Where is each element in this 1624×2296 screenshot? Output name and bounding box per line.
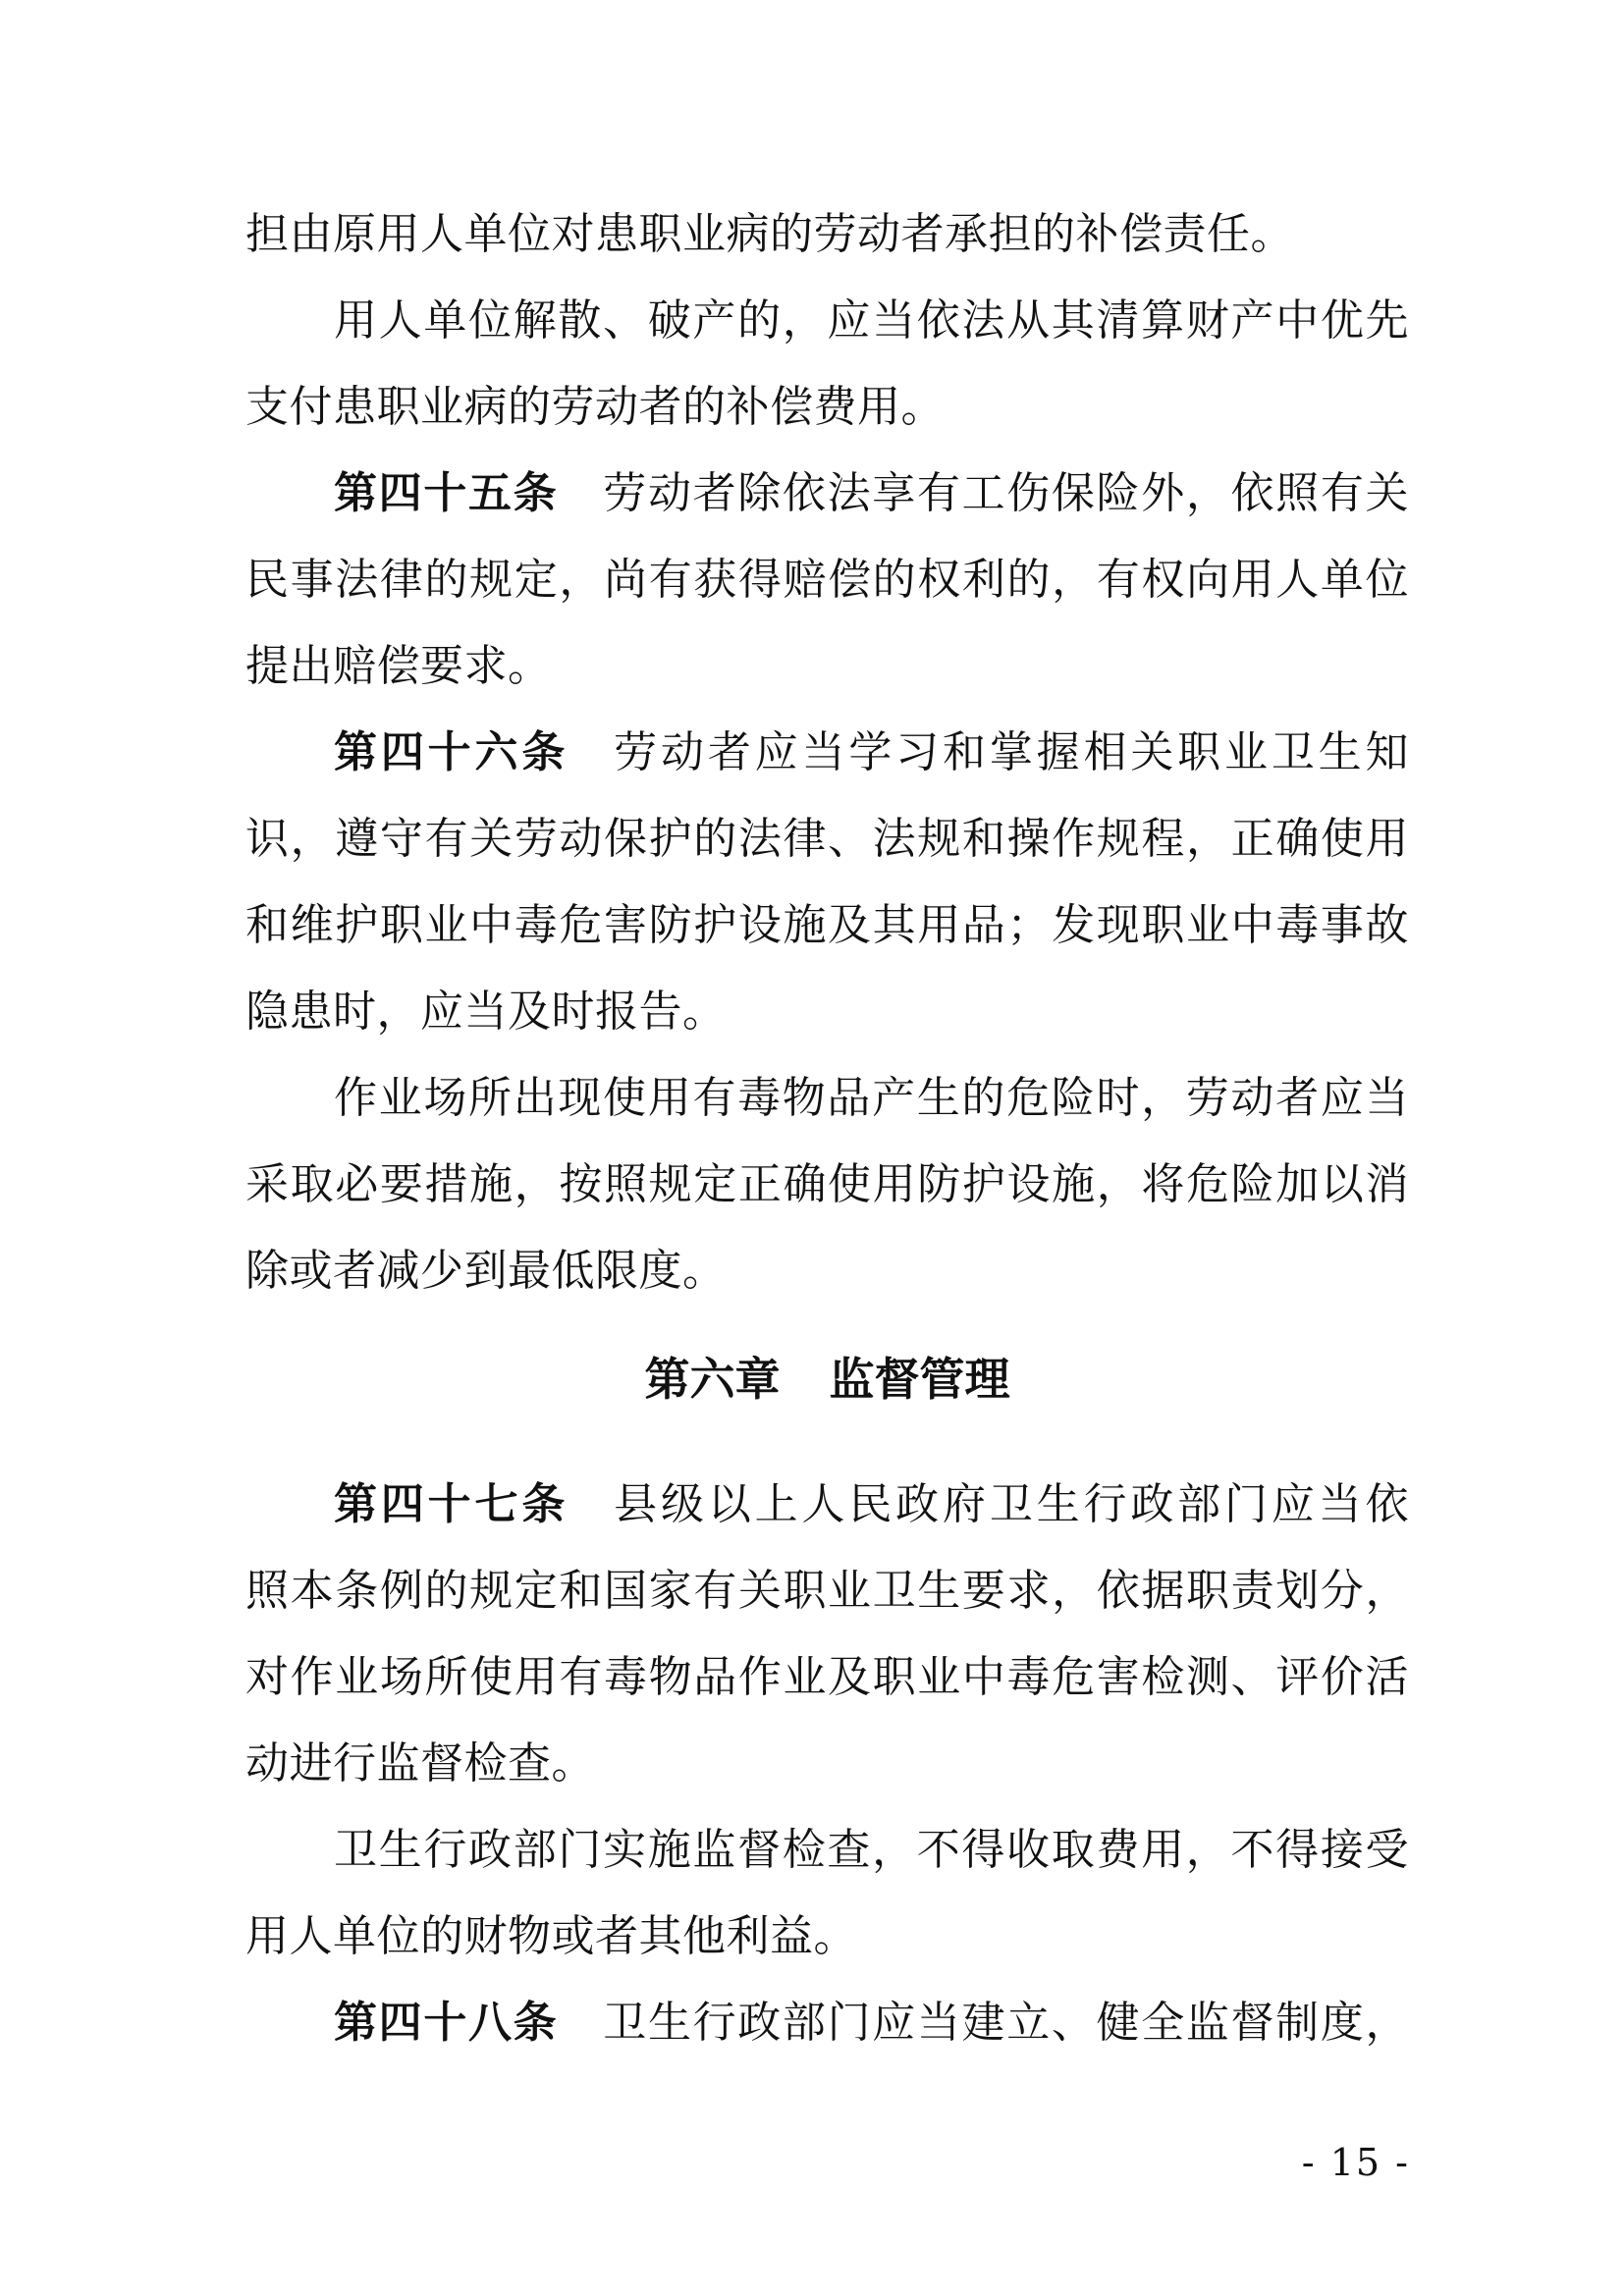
chapter-number: 第六章 xyxy=(645,1353,781,1406)
chapter-title: 监督管理 xyxy=(830,1353,1010,1406)
text-line: 第四十五条劳动者除依法享有工伤保险外，依照有关 xyxy=(245,451,1409,537)
article-number: 第四十六条 xyxy=(334,727,568,777)
chapter-heading: 第六章监督管理 xyxy=(245,1336,1409,1422)
text-line: 识，遵守有关劳动保护的法律、法规和操作规程，正确使用 xyxy=(245,796,1409,882)
text-line: 用人单位解散、破产的，应当依法从其清算财产中优先 xyxy=(245,278,1409,364)
text-line: 采取必要措施，按照规定正确使用防护设施，将危险加以消 xyxy=(245,1142,1409,1228)
article-text: 劳动者除依法享有工伤保险外，依照有关 xyxy=(603,468,1409,518)
text-line: 动进行监督检查。 xyxy=(245,1721,1409,1807)
text-line: 第四十七条县级以上人民政府卫生行政部门应当依 xyxy=(245,1462,1409,1548)
article-number: 第四十七条 xyxy=(334,1479,568,1529)
article-number: 第四十八条 xyxy=(334,1998,558,2048)
document-body: 担由原用人单位对患职业病的劳动者承担的补偿责任。用人单位解散、破产的，应当依法从… xyxy=(245,191,1409,2066)
text-line: 隐患时，应当及时报告。 xyxy=(245,969,1409,1055)
text-line: 第四十八条卫生行政部门应当建立、健全监督制度， xyxy=(245,1980,1409,2066)
text-line: 照本条例的规定和国家有关职业卫生要求，依据职责划分， xyxy=(245,1548,1409,1634)
page-number: - 15 - xyxy=(1302,2140,1410,2185)
text-line: 作业场所出现使用有毒物品产生的危险时，劳动者应当 xyxy=(245,1055,1409,1142)
article-text: 劳动者应当学习和掌握相关职业卫生知 xyxy=(614,727,1409,777)
text-line: 支付患职业病的劳动者的补偿费用。 xyxy=(245,364,1409,451)
article-text: 县级以上人民政府卫生行政部门应当依 xyxy=(614,1479,1409,1529)
article-number: 第四十五条 xyxy=(334,468,558,518)
text-line: 卫生行政部门实施监督检查，不得收取费用，不得接受 xyxy=(245,1807,1409,1894)
text-line: 担由原用人单位对患职业病的劳动者承担的补偿责任。 xyxy=(245,191,1409,278)
text-line: 用人单位的财物或者其他利益。 xyxy=(245,1894,1409,1980)
text-line: 和维护职业中毒危害防护设施及其用品；发现职业中毒事故 xyxy=(245,882,1409,969)
article-text: 卫生行政部门应当建立、健全监督制度， xyxy=(603,1998,1409,2048)
text-line: 第四十六条劳动者应当学习和掌握相关职业卫生知 xyxy=(245,710,1409,796)
text-line: 对作业场所使用有毒物品作业及职业中毒危害检测、评价活 xyxy=(245,1634,1409,1721)
text-line: 除或者减少到最低限度。 xyxy=(245,1228,1409,1314)
text-line: 提出赔偿要求。 xyxy=(245,623,1409,710)
text-line: 民事法律的规定，尚有获得赔偿的权利的，有权向用人单位 xyxy=(245,537,1409,623)
document-page: 担由原用人单位对患职业病的劳动者承担的补偿责任。用人单位解散、破产的，应当依法从… xyxy=(0,0,1624,2296)
